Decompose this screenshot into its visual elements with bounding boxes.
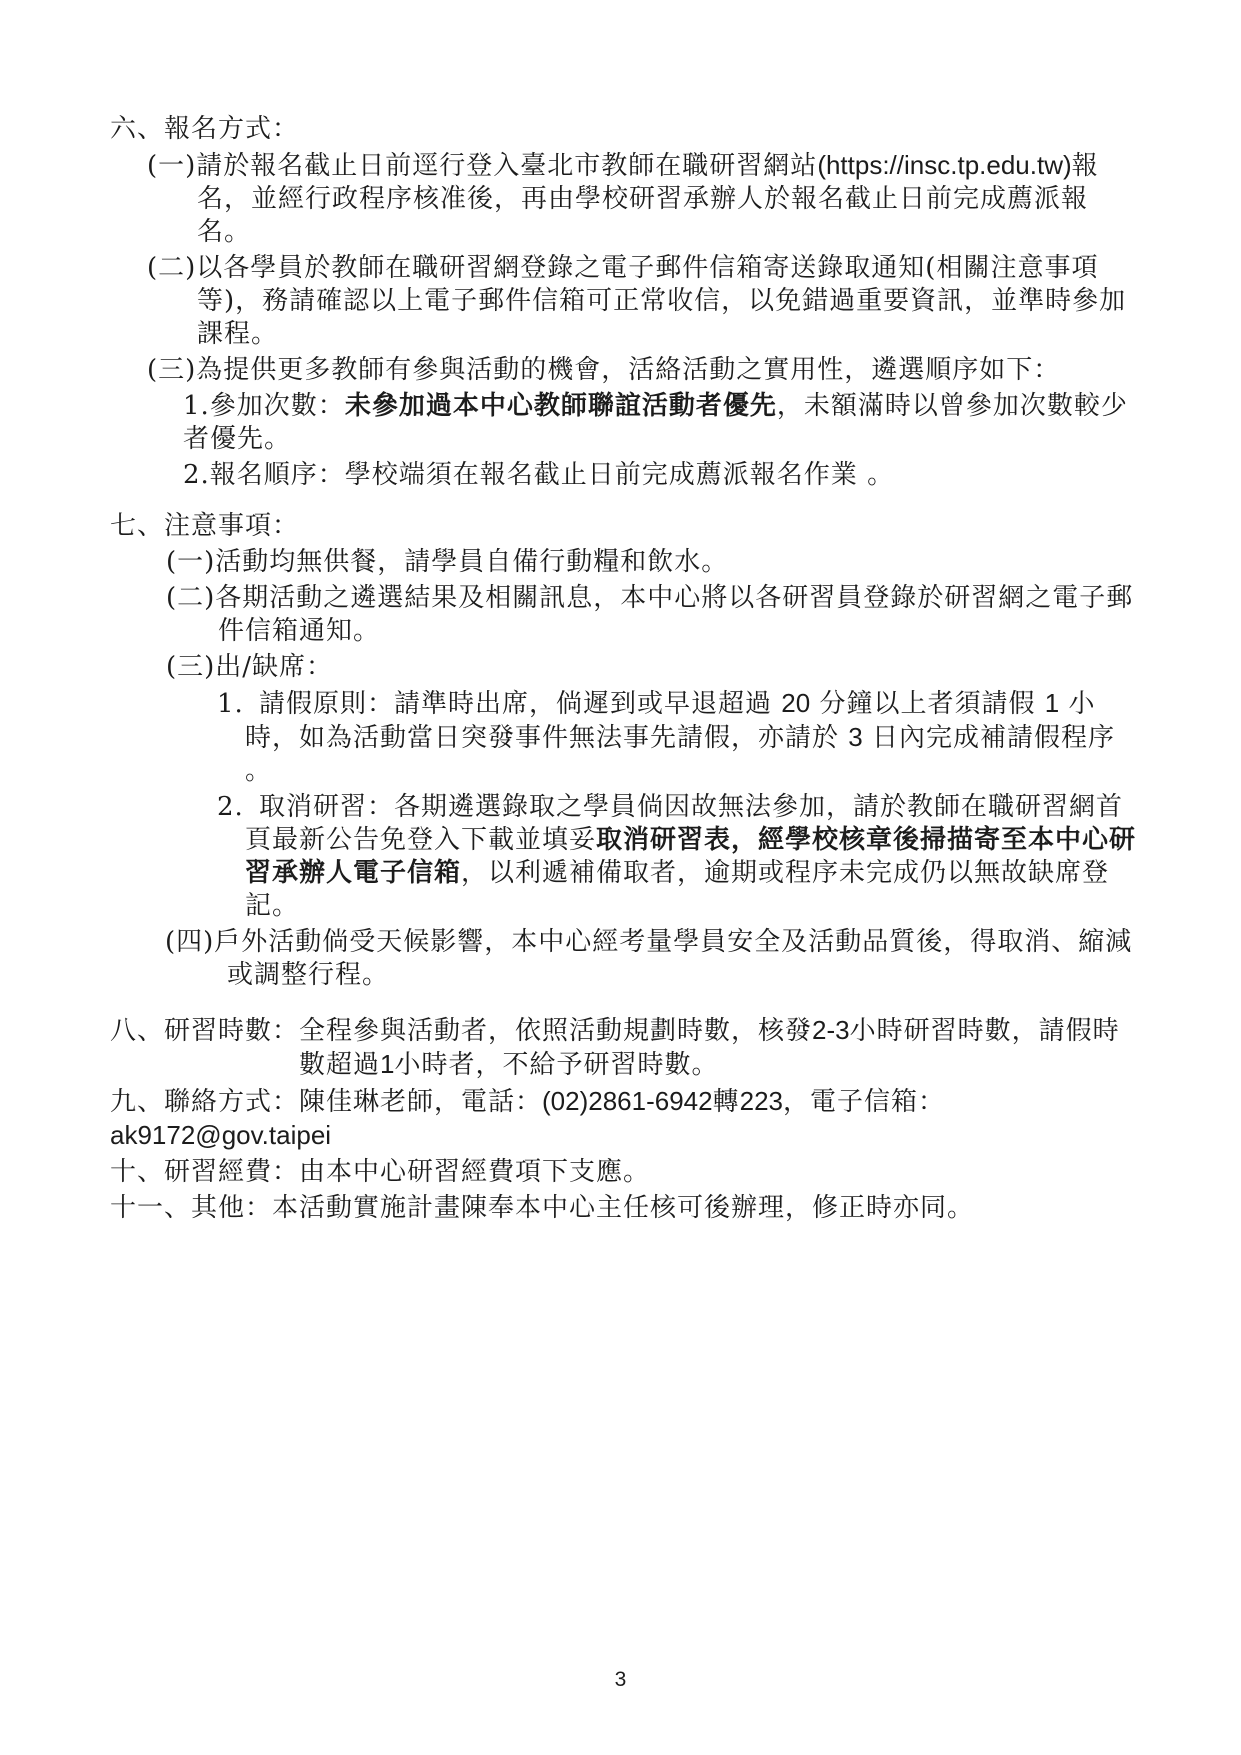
text-run: 1.參加次數：	[183, 391, 345, 421]
item-label: (二)	[147, 253, 196, 283]
extension-number: 223	[740, 1086, 783, 1116]
section-7-item-2: (二)各期活動之遴選結果及相關訊息，本中心將以各研習員登錄於研習網之電子郵件信箱…	[0, 582, 1241, 648]
bold-text-run: 未參加過本中心教師聯誼活動者優先	[345, 391, 777, 421]
section-10-paragraph: 十、研習經費：由本中心研習經費項下支應。	[0, 1156, 1241, 1189]
text-run: 轉	[713, 1087, 740, 1117]
text-run: 請假原則：請準時出席，倘遲到或早退超過	[259, 689, 781, 719]
text-run: 分鐘以上者須請假	[810, 689, 1045, 719]
section-7-numbered-1: 1.請假原則：請準時出席，倘遲到或早退超過 20 分鐘以上者須請假 1 小時，如…	[0, 687, 1241, 788]
phone-number: (02)2861-6942	[542, 1086, 713, 1116]
email-address: ak9172@gov.taipei	[110, 1120, 331, 1150]
section-6-item-2: (二)以各學員於教師在職研習網登錄之電子郵件信箱寄送錄取通知(相關注意事項等)，…	[0, 252, 1241, 351]
text-run: 戶外活動倘受天候影響，本中心經考量學員安全及活動品質後，得取消、縮減或調整行程。	[214, 927, 1132, 990]
number-text: 1	[1045, 688, 1059, 718]
url-text: (https://insc.tp.edu.tw)	[817, 150, 1071, 180]
section-6-item-1: (一)請於報名截止日前逕行登入臺北市教師在職研習網站(https://insc.…	[0, 149, 1241, 249]
item-label: (三)	[166, 652, 215, 682]
number-label: 2.	[217, 791, 259, 824]
section-8-paragraph: 八、研習時數：全程參與活動者，依照活動規劃時數，核發2-3小時研習時數，請假時數…	[0, 1014, 1241, 1082]
item-label: (一)	[166, 547, 215, 577]
section-7-item-3: (三)出/缺席：	[0, 651, 1241, 684]
item-label: (二)	[166, 583, 215, 613]
text-run: 以各學員於教師在職研習網登錄之電子郵件信箱寄送錄取通知(相關注意事項等)，務請確…	[196, 253, 1126, 349]
number-text: 3	[848, 722, 862, 752]
text-run: 各期活動之遴選結果及相關訊息，本中心將以各研習員登錄於研習網之電子郵件信箱通知。	[215, 583, 1133, 646]
section-6-heading: 六、報名方式：	[0, 113, 1241, 146]
section-6-subitem-1: 1.參加次數：未參加過本中心教師聯誼活動者優先，未額滿時以曾參加次數較少者優先。	[0, 390, 1241, 456]
item-label: (四)	[165, 927, 214, 957]
text-run: 八、研習時數：全程參與活動者，依照活動規劃時數，核發	[110, 1016, 812, 1046]
text-run: 活動均無供餐，請學員自備行動糧和飲水。	[215, 547, 728, 577]
text-run: 出/缺席：	[215, 652, 333, 682]
section-7-item-1: (一)活動均無供餐，請學員自備行動糧和飲水。	[0, 546, 1241, 579]
section-7-item-4: (四)戶外活動倘受天候影響，本中心經考量學員安全及活動品質後，得取消、縮減或調整…	[0, 926, 1241, 992]
section-9-paragraph: 九、聯絡方式：陳佳琳老師，電話：(02)2861-6942轉223，電子信箱：a…	[0, 1085, 1241, 1153]
text-run: 為提供更多教師有參與活動的機會，活絡活動之實用性，遴選順序如下：	[196, 355, 1060, 385]
page-number: 3	[0, 1668, 1241, 1692]
text-run: 九、聯絡方式：陳佳琳老師，電話：	[110, 1087, 542, 1117]
section-7-heading: 七、注意事項：	[0, 510, 1241, 543]
section-11-paragraph: 十一、其他：本活動實施計畫陳奉本中心主任核可後辦理，修正時亦同。	[0, 1192, 1241, 1225]
text-run: 請於報名截止日前逕行登入臺北市教師在職研習網站	[196, 151, 817, 181]
text-run: 小時者，不給予研習時數。	[394, 1050, 718, 1080]
document-page: 六、報名方式： (一)請於報名截止日前逕行登入臺北市教師在職研習網站(https…	[0, 0, 1241, 1755]
number-text: 2-3	[812, 1015, 850, 1045]
section-6-subitem-2: 2.報名順序：學校端須在報名截止日前完成薦派報名作業 。	[0, 459, 1241, 492]
item-label: (一)	[147, 151, 196, 181]
number-label: 1.	[217, 688, 259, 721]
number-text: 1	[380, 1049, 394, 1079]
document-content: 六、報名方式： (一)請於報名截止日前逕行登入臺北市教師在職研習網站(https…	[0, 113, 1241, 1225]
section-6-item-3: (三)為提供更多教師有參與活動的機會，活絡活動之實用性，遴選順序如下：	[0, 354, 1241, 387]
section-7-numbered-2: 2.取消研習：各期遴選錄取之學員倘因故無法參加，請於教師在職研習網首頁最新公告免…	[0, 791, 1241, 923]
item-label: (三)	[147, 355, 196, 385]
text-run: ，電子信箱：	[783, 1087, 945, 1117]
number-text: 20	[781, 688, 810, 718]
